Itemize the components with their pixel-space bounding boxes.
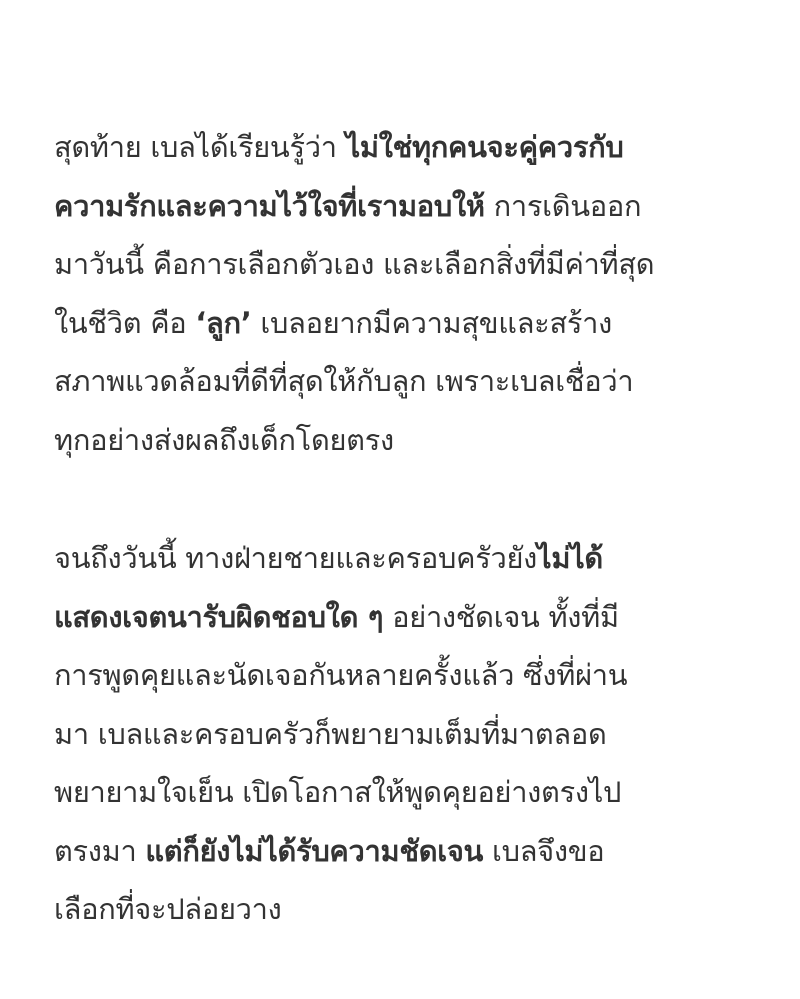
text-segment: จนถึงวันนี้ ทางฝ่ายชายและครอบครัวยัง bbox=[54, 541, 537, 575]
text-segment: เบลจึงขอ bbox=[483, 834, 604, 868]
text-segment: มาวันนี้ คือการเลือกตัวเอง และเลือกสิ่งท… bbox=[54, 247, 654, 281]
text-line: ตรงมา แต่ก็ยังไม่ได้รับความชัดเจน เบลจึง… bbox=[54, 822, 754, 881]
text-segment: พยายามใจเย็น เปิดโอกาสให้พูดคุยอย่างตรงไ… bbox=[54, 775, 621, 809]
text-segment: การเดินออก bbox=[485, 189, 642, 223]
bold-text-segment: ความรักและความไว้ใจที่เรามอบให้ bbox=[54, 189, 485, 223]
text-line: มา เบลและครอบครัวก็พยายามเต็มที่มาตลอด bbox=[54, 705, 754, 764]
paragraph-2: จนถึงวันนี้ ทางฝ่ายชายและครอบครัวยังไม่ไ… bbox=[54, 529, 754, 939]
text-segment: อย่างชัดเจน ทั้งที่มี bbox=[383, 600, 619, 634]
bold-text-segment: ‘ลูก’ bbox=[195, 306, 251, 340]
text-line: ทุกอย่างส่งผลถึงเด็กโดยตรง bbox=[54, 411, 754, 470]
text-line: สุดท้าย เบลได้เรียนรู้ว่า ไม่ใช่ทุกคนจะค… bbox=[54, 118, 754, 177]
text-segment: เบลอยากมีความสุขและสร้าง bbox=[252, 306, 612, 340]
bold-text-segment: แสดงเจตนารับผิดชอบใด ๆ bbox=[54, 600, 383, 634]
text-line: ความรักและความไว้ใจที่เรามอบให้ การเดินอ… bbox=[54, 177, 754, 236]
text-segment: ทุกอย่างส่งผลถึงเด็กโดยตรง bbox=[54, 423, 394, 457]
text-line: สภาพแวดล้อมที่ดีที่สุดให้กับลูก เพราะเบล… bbox=[54, 352, 754, 411]
bold-text-segment: ไม่ได้ bbox=[537, 541, 603, 575]
text-segment: สุดท้าย เบลได้เรียนรู้ว่า bbox=[54, 130, 346, 164]
text-segment: เลือกที่จะปล่อยวาง bbox=[54, 892, 281, 926]
article-body: สุดท้าย เบลได้เรียนรู้ว่า ไม่ใช่ทุกคนจะค… bbox=[54, 118, 754, 939]
text-line: เลือกที่จะปล่อยวาง bbox=[54, 880, 754, 939]
paragraph-1: สุดท้าย เบลได้เรียนรู้ว่า ไม่ใช่ทุกคนจะค… bbox=[54, 118, 754, 469]
text-segment: สภาพแวดล้อมที่ดีที่สุดให้กับลูก เพราะเบล… bbox=[54, 364, 633, 398]
text-line: การพูดคุยและนัดเจอกันหลายครั้งแล้ว ซึ่งท… bbox=[54, 646, 754, 705]
bold-text-segment: ไม่ใช่ทุกคนจะคู่ควรกับ bbox=[346, 130, 624, 164]
text-line: พยายามใจเย็น เปิดโอกาสให้พูดคุยอย่างตรงไ… bbox=[54, 763, 754, 822]
bold-text-segment: แต่ก็ยังไม่ได้รับความชัดเจน bbox=[145, 834, 483, 868]
text-line: จนถึงวันนี้ ทางฝ่ายชายและครอบครัวยังไม่ไ… bbox=[54, 529, 754, 588]
text-segment: การพูดคุยและนัดเจอกันหลายครั้งแล้ว ซึ่งท… bbox=[54, 658, 627, 692]
text-line: ในชีวิต คือ ‘ลูก’ เบลอยากมีความสุขและสร้… bbox=[54, 294, 754, 353]
text-segment: มา เบลและครอบครัวก็พยายามเต็มที่มาตลอด bbox=[54, 717, 607, 751]
text-segment: ในชีวิต คือ bbox=[54, 306, 195, 340]
text-line: แสดงเจตนารับผิดชอบใด ๆ อย่างชัดเจน ทั้งท… bbox=[54, 588, 754, 647]
text-segment: ตรงมา bbox=[54, 834, 145, 868]
text-line: มาวันนี้ คือการเลือกตัวเอง และเลือกสิ่งท… bbox=[54, 235, 754, 294]
